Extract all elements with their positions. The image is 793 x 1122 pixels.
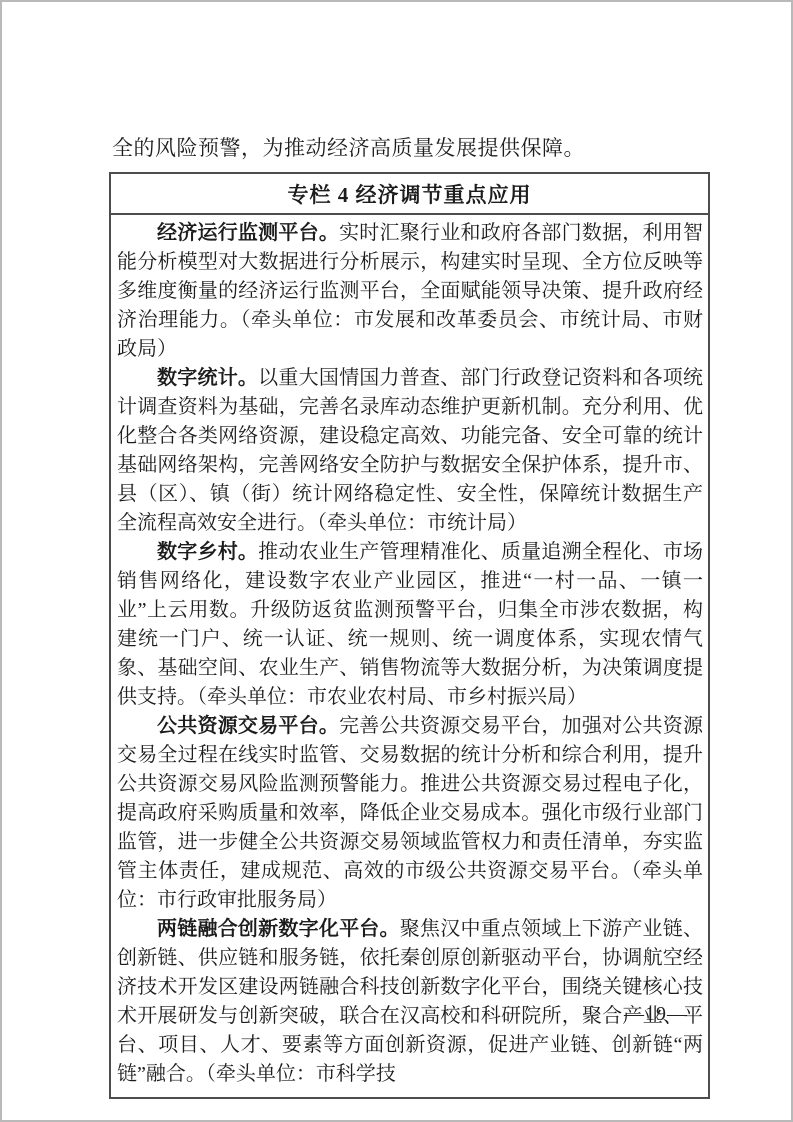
paragraph-lead: 数字统计。: [157, 367, 258, 389]
panel-body: 经济运行监测平台。实时汇聚行业和政府各部门数据，利用智能分析模型对大数据进行分析…: [111, 215, 708, 1097]
paragraph-lead: 经济运行监测平台。: [157, 222, 339, 244]
page-number: —19—: [624, 1003, 688, 1026]
paragraph-lead: 两链融合创新数字化平台。: [157, 918, 400, 940]
paragraph-lead: 公共资源交易平台。: [157, 715, 339, 737]
panel-paragraph-public-resource-trading: 公共资源交易平台。完善公共资源交易平台，加强对公共资源交易全过程在线实时监管、交…: [117, 712, 703, 915]
body-text-continuation: 全的风险预警，为推动经济高质量发展提供保障。: [112, 135, 712, 161]
document-page: 全的风险预警，为推动经济高质量发展提供保障。 专栏 4 经济调节重点应用 经济运…: [0, 0, 793, 1122]
paragraph-text: 以重大国情国力普查、部门行政登记资料和各项统计调查资料为基础，完善名录库动态维护…: [117, 367, 703, 534]
panel-title: 专栏 4 经济调节重点应用: [111, 174, 708, 215]
panel-paragraph-dual-chain-platform: 两链融合创新数字化平台。聚焦汉中重点领域上下游产业链、创新链、供应链和服务链，依…: [117, 915, 703, 1089]
panel-paragraph-digital-statistics: 数字统计。以重大国情国力普查、部门行政登记资料和各项统计调查资料为基础，完善名录…: [117, 364, 703, 538]
paragraph-lead: 数字乡村。: [157, 541, 258, 563]
panel-paragraph-economic-monitoring: 经济运行监测平台。实时汇聚行业和政府各部门数据，利用智能分析模型对大数据进行分析…: [117, 219, 703, 364]
highlight-box-column-4: 专栏 4 经济调节重点应用 经济运行监测平台。实时汇聚行业和政府各部门数据，利用…: [109, 172, 710, 1099]
paragraph-text: 完善公共资源交易平台，加强对公共资源交易全过程在线实时监管、交易数据的统计分析和…: [117, 715, 703, 911]
panel-paragraph-digital-village: 数字乡村。推动农业生产管理精准化、质量追溯全程化、市场销售网络化，建设数字农业产…: [117, 538, 703, 712]
paragraph-text: 推动农业生产管理精准化、质量追溯全程化、市场销售网络化，建设数字农业产业园区，推…: [117, 541, 703, 708]
paragraph-text: 聚焦汉中重点领域上下游产业链、创新链、供应链和服务链，依托秦创原创新驱动平台，协…: [117, 918, 703, 1085]
